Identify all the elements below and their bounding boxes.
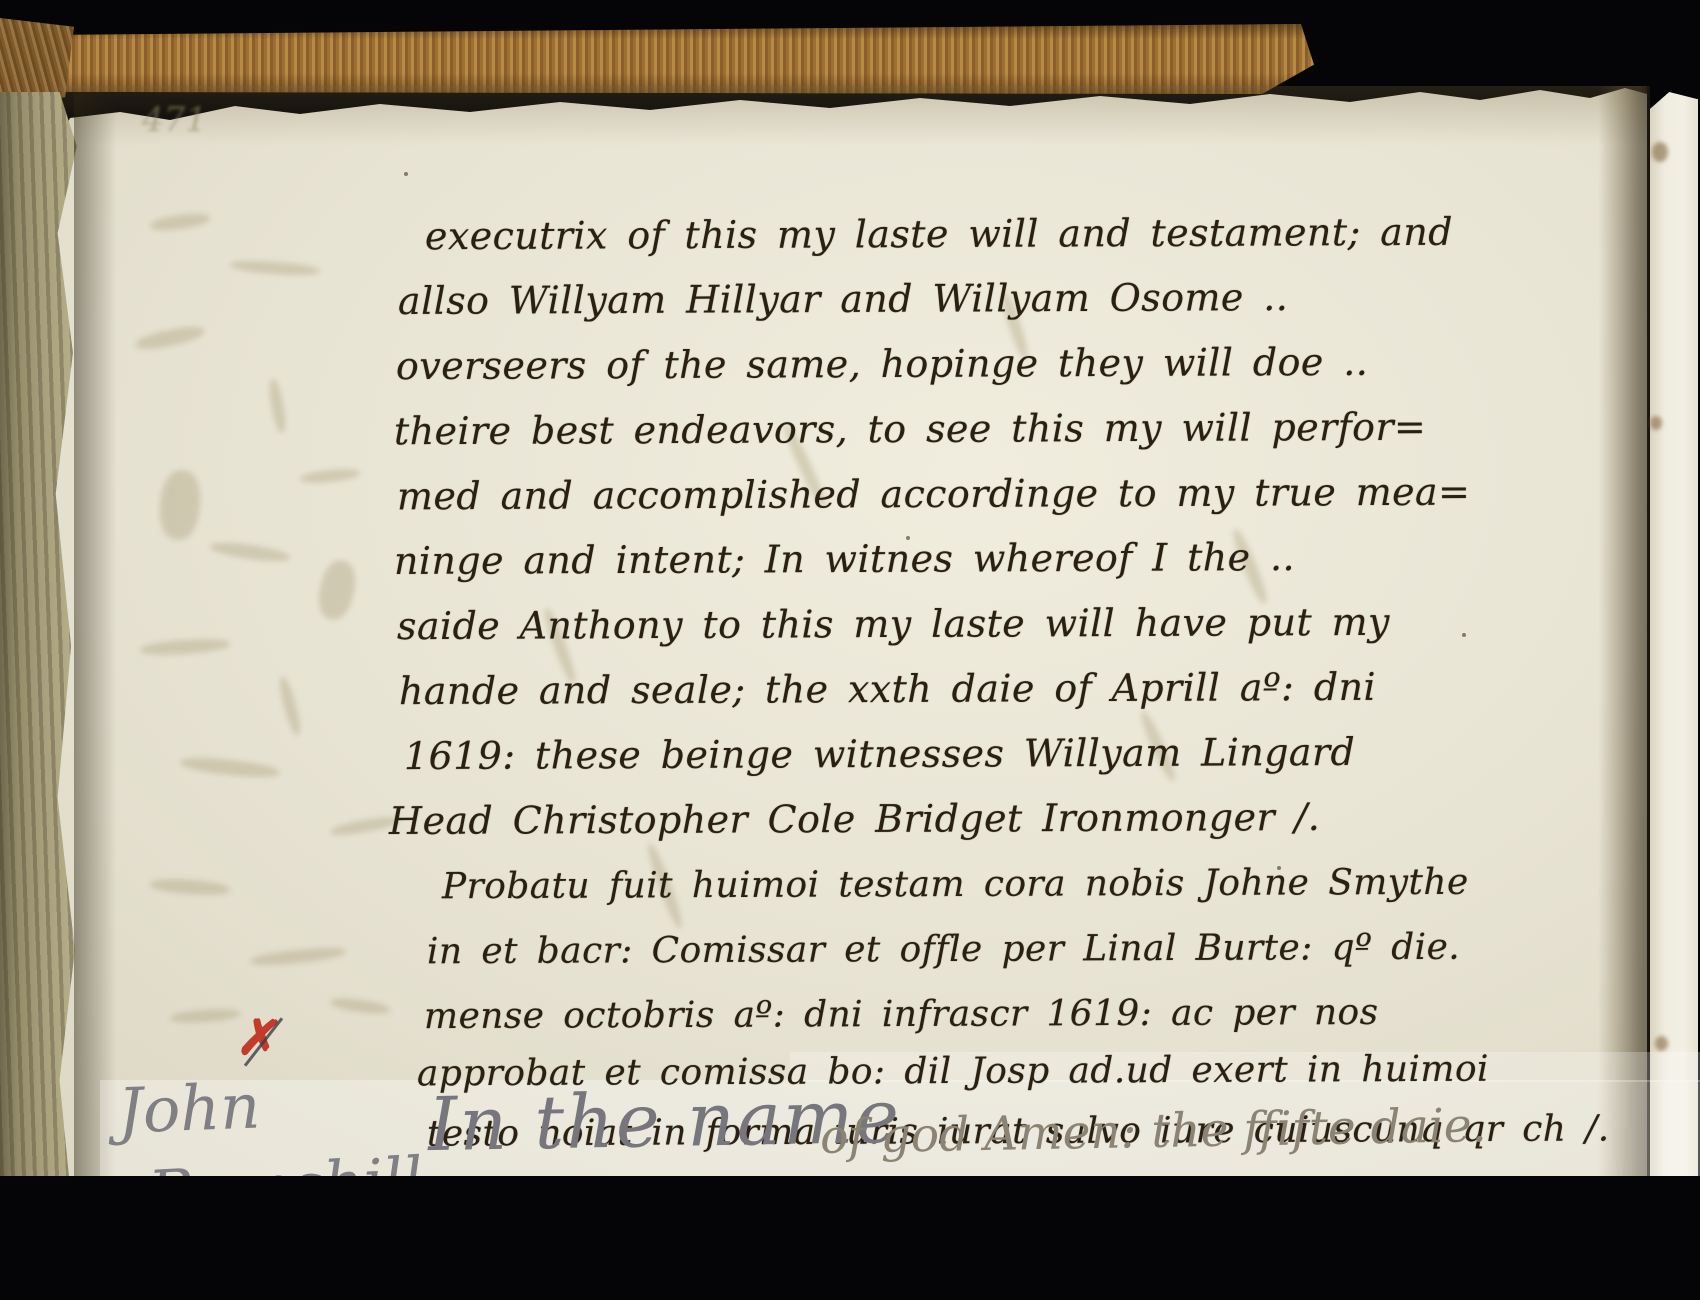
manuscript-line-6: ninge and intent; In witnes whereof I th… bbox=[394, 535, 1295, 583]
manuscript-line-2: allso Willyam Hillyar and Willyam Osome … bbox=[398, 275, 1288, 323]
page-number-faint: 471 bbox=[142, 100, 207, 140]
left-crease-shadow bbox=[74, 92, 124, 1178]
manuscript-line-4: theire best endeavors, to see this my wi… bbox=[394, 405, 1426, 454]
ink-stain bbox=[1650, 416, 1662, 430]
manuscript-line-3: overseers of the same, hopinge they will… bbox=[396, 340, 1368, 388]
next-will-heading-continuation: of god Amen: the ffifte daie. bbox=[820, 1098, 1487, 1165]
manuscript-line-9: 1619: these beinge witnesses Willyam Lin… bbox=[404, 730, 1355, 778]
manuscript-photo: 471 executrix of this my laste will and … bbox=[0, 0, 1700, 1300]
manuscript-line-8: hande and seale; the xxth daie of Aprill… bbox=[399, 665, 1376, 713]
ink-stain bbox=[1652, 142, 1668, 162]
manuscript-line-7: saide Anthony to this my laste will have… bbox=[397, 600, 1390, 648]
manuscript-line-12: in et bacr: Comissar et offle per Linal … bbox=[427, 927, 1460, 973]
ink-speck bbox=[1462, 633, 1466, 637]
manuscript-line-10: Head Christopher Cole Bridget Ironmonger… bbox=[389, 795, 1320, 843]
manuscript-line-13: mense octobris aº: dni infrascr 1619: ac… bbox=[424, 992, 1379, 1037]
photo-bottom-crop bbox=[0, 1176, 1700, 1300]
manuscript-line-5: med and accomplished accordinge to my tr… bbox=[397, 470, 1470, 519]
ink-speck bbox=[404, 172, 408, 176]
manuscript-line-1: executrix of this my laste will and test… bbox=[425, 210, 1453, 258]
manuscript-line-11: Probatu fuit huimoi testam cora nobis Jo… bbox=[442, 862, 1469, 907]
ink-stain bbox=[1655, 1036, 1668, 1051]
pencil-annotation-forename: John bbox=[117, 1070, 262, 1148]
book-cover-top-edge bbox=[12, 24, 1314, 94]
page-top-shading bbox=[55, 86, 1647, 146]
red-check-mark: ✗ bbox=[234, 1005, 286, 1071]
